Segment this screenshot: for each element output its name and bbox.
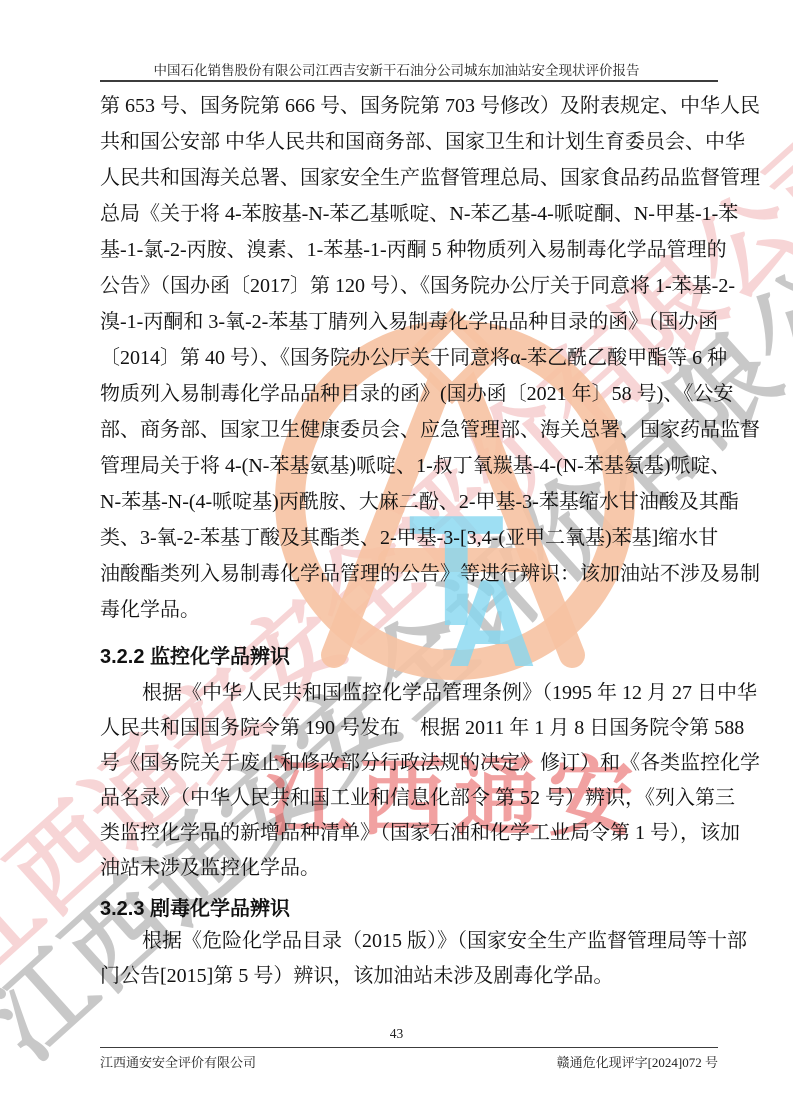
text-line: 溴-1-丙酮和 3-氧-2-苯基丁腈列入易制毒化学品品种目录的函》（国办函 [100,304,706,340]
document-body: 第 653 号、国务院第 666 号、国务院第 703 号修改）及附表规定、中华… [100,88,706,994]
text-line: 总局《关于将 4-苯胺基-N-苯乙基哌啶、N-苯乙基-4-哌啶酮、N-甲基-1-… [100,196,706,232]
text-line: 号《国务院关于废止和修改部分行政法规的决定》修订）和《各类监控化学 [100,746,706,781]
footer-rule [100,1047,718,1048]
text-line: 人民共和国国务院令第 190 号发布 根据 2011 年 1 月 8 日国务院令… [100,711,706,746]
paragraph-monitored-chemicals: 根据《中华人民共和国监控化学品管理条例》（1995 年 12 月 27 日中华人… [100,676,706,886]
text-line: 〔2014〕第 40 号）、《国务院办公厅关于同意将α-苯乙酰乙酸甲酯等 6 种 [100,340,706,376]
text-line: 共和国公安部 中华人民共和国商务部、国家卫生和计划生育委员会、中华 [100,124,706,160]
footer-company-name: 江西通安安全评价有限公司 [100,1052,256,1071]
text-line: 基-1-氯-2-丙胺、溴素、1-苯基-1-丙酮 5 种物质列入易制毒化学品管理的 [100,232,706,268]
text-line: 公告》（国办函〔2017〕第 120 号）、《国务院办公厅关于同意将 1-苯基-… [100,268,706,304]
text-line: 第 653 号、国务院第 666 号、国务院第 703 号修改）及附表规定、中华… [100,88,706,124]
paragraph-precursor-chemicals: 第 653 号、国务院第 666 号、国务院第 703 号修改）及附表规定、中华… [100,88,706,628]
footer-row: 江西通安安全评价有限公司 赣通危化现评字[2024]072 号 [100,1052,718,1071]
text-line: 部、商务部、国家卫生健康委员会、应急管理部、海关总署、国家药品监督 [100,412,706,448]
text-line: 类监控化学品的新增品种清单》（国家石油和化学工业局令第 1 号），该加 [100,816,706,851]
footer-document-number: 赣通危化现评字[2024]072 号 [557,1052,718,1071]
text-line: 油酸酯类列入易制毒化学品管理的公告》等进行辨识：该加油站不涉及易制 [100,556,706,592]
header-rule [100,80,718,82]
text-line: 品名录》（中华人民共和国工业和信息化部令 第 52 号）辨识，《列入第三 [100,781,706,816]
text-line: N-苯基-N-(4-哌啶基)丙酰胺、大麻二酚、2-甲基-3-苯基缩水甘油酸及其酯 [100,484,706,520]
text-line: 管理局关于将 4-(N-苯基氨基)哌啶、1-叔丁氧羰基-4-(N-苯基氨基)哌啶… [100,448,706,484]
text-line: 门公告[2015]第 5 号）辨识，该加油站未涉及剧毒化学品。 [100,959,706,994]
report-page: 江西通安安全评价有限公司 江西通安安全评价有限公司 T A 江西通安 中国石化销… [0,0,793,1120]
paragraph-highly-toxic-chemicals: 根据《危险化学品目录（2015 版）》（国家安全生产监督管理局等十部门公告[20… [100,924,706,994]
text-line: 物质列入易制毒化学品品种目录的函》(国办函〔2021 年〕58 号)、《公安 [100,376,706,412]
text-line: 毒化学品。 [100,592,706,628]
text-line: 油站未涉及监控化学品。 [100,851,706,886]
section-heading-3-2-3: 3.2.3 剧毒化学品辨识 [100,894,706,924]
text-line: 人民共和国海关总署、国家安全生产监督管理总局、国家食品药品监督管理 [100,160,706,196]
section-heading-3-2-2: 3.2.2 监控化学品辨识 [100,642,706,672]
footer-page-number: 43 [0,1026,793,1042]
text-line: 根据《中华人民共和国监控化学品管理条例》（1995 年 12 月 27 日中华 [100,676,706,711]
text-line: 根据《危险化学品目录（2015 版）》（国家安全生产监督管理局等十部 [100,924,706,959]
text-line: 类、3-氧-2-苯基丁酸及其酯类、2-甲基-3-[3,4-(亚甲二氧基)苯基]缩… [100,520,706,556]
page-header-title: 中国石化销售股份有限公司江西吉安新干石油分公司城东加油站安全现状评价报告 [0,59,793,79]
